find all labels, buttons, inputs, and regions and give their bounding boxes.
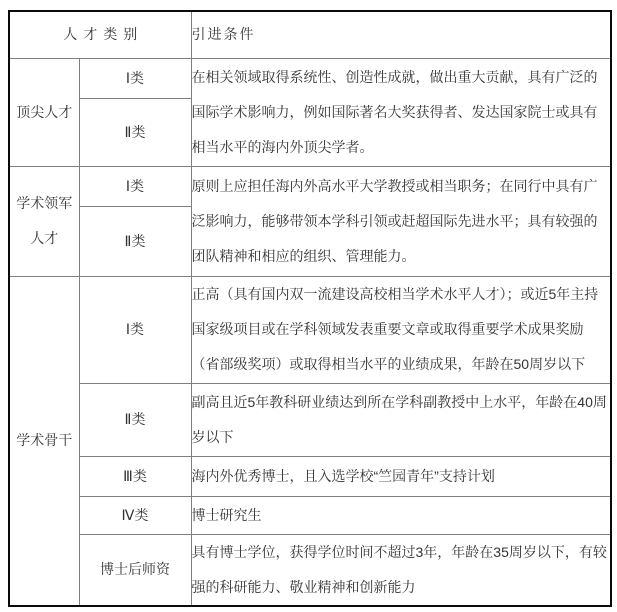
condition-cell-postdoc-faculty: 具有博士学位，获得学位时间不超过3年，年龄在35周岁以下，有较强的科研能力、敬业… <box>191 534 611 606</box>
table-row: Ⅲ类 海内外优秀博士，且入选学校“竺园青年”支持计划 <box>9 456 611 496</box>
table-row: Ⅱ类 副高且近5年教科研业绩达到所在学科副教授中上水平，年龄在40周岁以下 <box>9 383 611 456</box>
class-cell-backbone-1: Ⅰ类 <box>79 276 191 383</box>
table-header-row: 人才类别 引进条件 <box>9 11 611 58</box>
category-cell-academic-leader: 学术领军人才 <box>9 166 79 276</box>
condition-cell-backbone-4: 博士研究生 <box>191 496 611 534</box>
class-cell-backbone-2: Ⅱ类 <box>79 383 191 456</box>
table-row: 学术骨干 Ⅰ类 正高（具有国内双一流建设高校相当学术水平人才）；或近5年主持国家… <box>9 276 611 383</box>
talent-table: 人才类别 引进条件 顶尖人才 Ⅰ类 在相关领域取得系统性、创造性成就，做出重大贡… <box>8 10 612 607</box>
class-cell-postdoc-faculty: 博士后师资 <box>79 534 191 606</box>
header-talent-category: 人才类别 <box>9 11 191 58</box>
class-cell-backbone-4: Ⅳ类 <box>79 496 191 534</box>
condition-cell-top-talent: 在相关领域取得系统性、创造性成就，做出重大贡献，具有广泛的国际学术影响力，例如国… <box>191 58 611 166</box>
class-cell-academic-leader-2: Ⅱ类 <box>79 206 191 276</box>
table-row: 顶尖人才 Ⅰ类 在相关领域取得系统性、创造性成就，做出重大贡献，具有广泛的国际学… <box>9 58 611 98</box>
condition-cell-backbone-3: 海内外优秀博士，且入选学校“竺园青年”支持计划 <box>191 456 611 496</box>
condition-cell-backbone-2: 副高且近5年教科研业绩达到所在学科副教授中上水平，年龄在40周岁以下 <box>191 383 611 456</box>
category-cell-top-talent: 顶尖人才 <box>9 58 79 166</box>
class-cell-backbone-3: Ⅲ类 <box>79 456 191 496</box>
class-cell-top-talent-1: Ⅰ类 <box>79 58 191 98</box>
header-recruitment-conditions: 引进条件 <box>191 11 611 58</box>
table-row: 学术领军人才 Ⅰ类 原则上应担任海内外高水平大学教授或相当职务；在同行中具有广泛… <box>9 166 611 206</box>
condition-cell-backbone-1: 正高（具有国内双一流建设高校相当学术水平人才）；或近5年主持国家级项目或在学科领… <box>191 276 611 383</box>
condition-cell-academic-leader: 原则上应担任海内外高水平大学教授或相当职务；在同行中具有广泛影响力，能够带领本学… <box>191 166 611 276</box>
table-row: 博士后师资 具有博士学位，获得学位时间不超过3年，年龄在35周岁以下，有较强的科… <box>9 534 611 606</box>
class-cell-academic-leader-1: Ⅰ类 <box>79 166 191 206</box>
class-cell-top-talent-2: Ⅱ类 <box>79 98 191 166</box>
category-cell-academic-backbone: 学术骨干 <box>9 276 79 606</box>
table-row: Ⅳ类 博士研究生 <box>9 496 611 534</box>
page: 人才类别 引进条件 顶尖人才 Ⅰ类 在相关领域取得系统性、创造性成就，做出重大贡… <box>0 0 617 612</box>
